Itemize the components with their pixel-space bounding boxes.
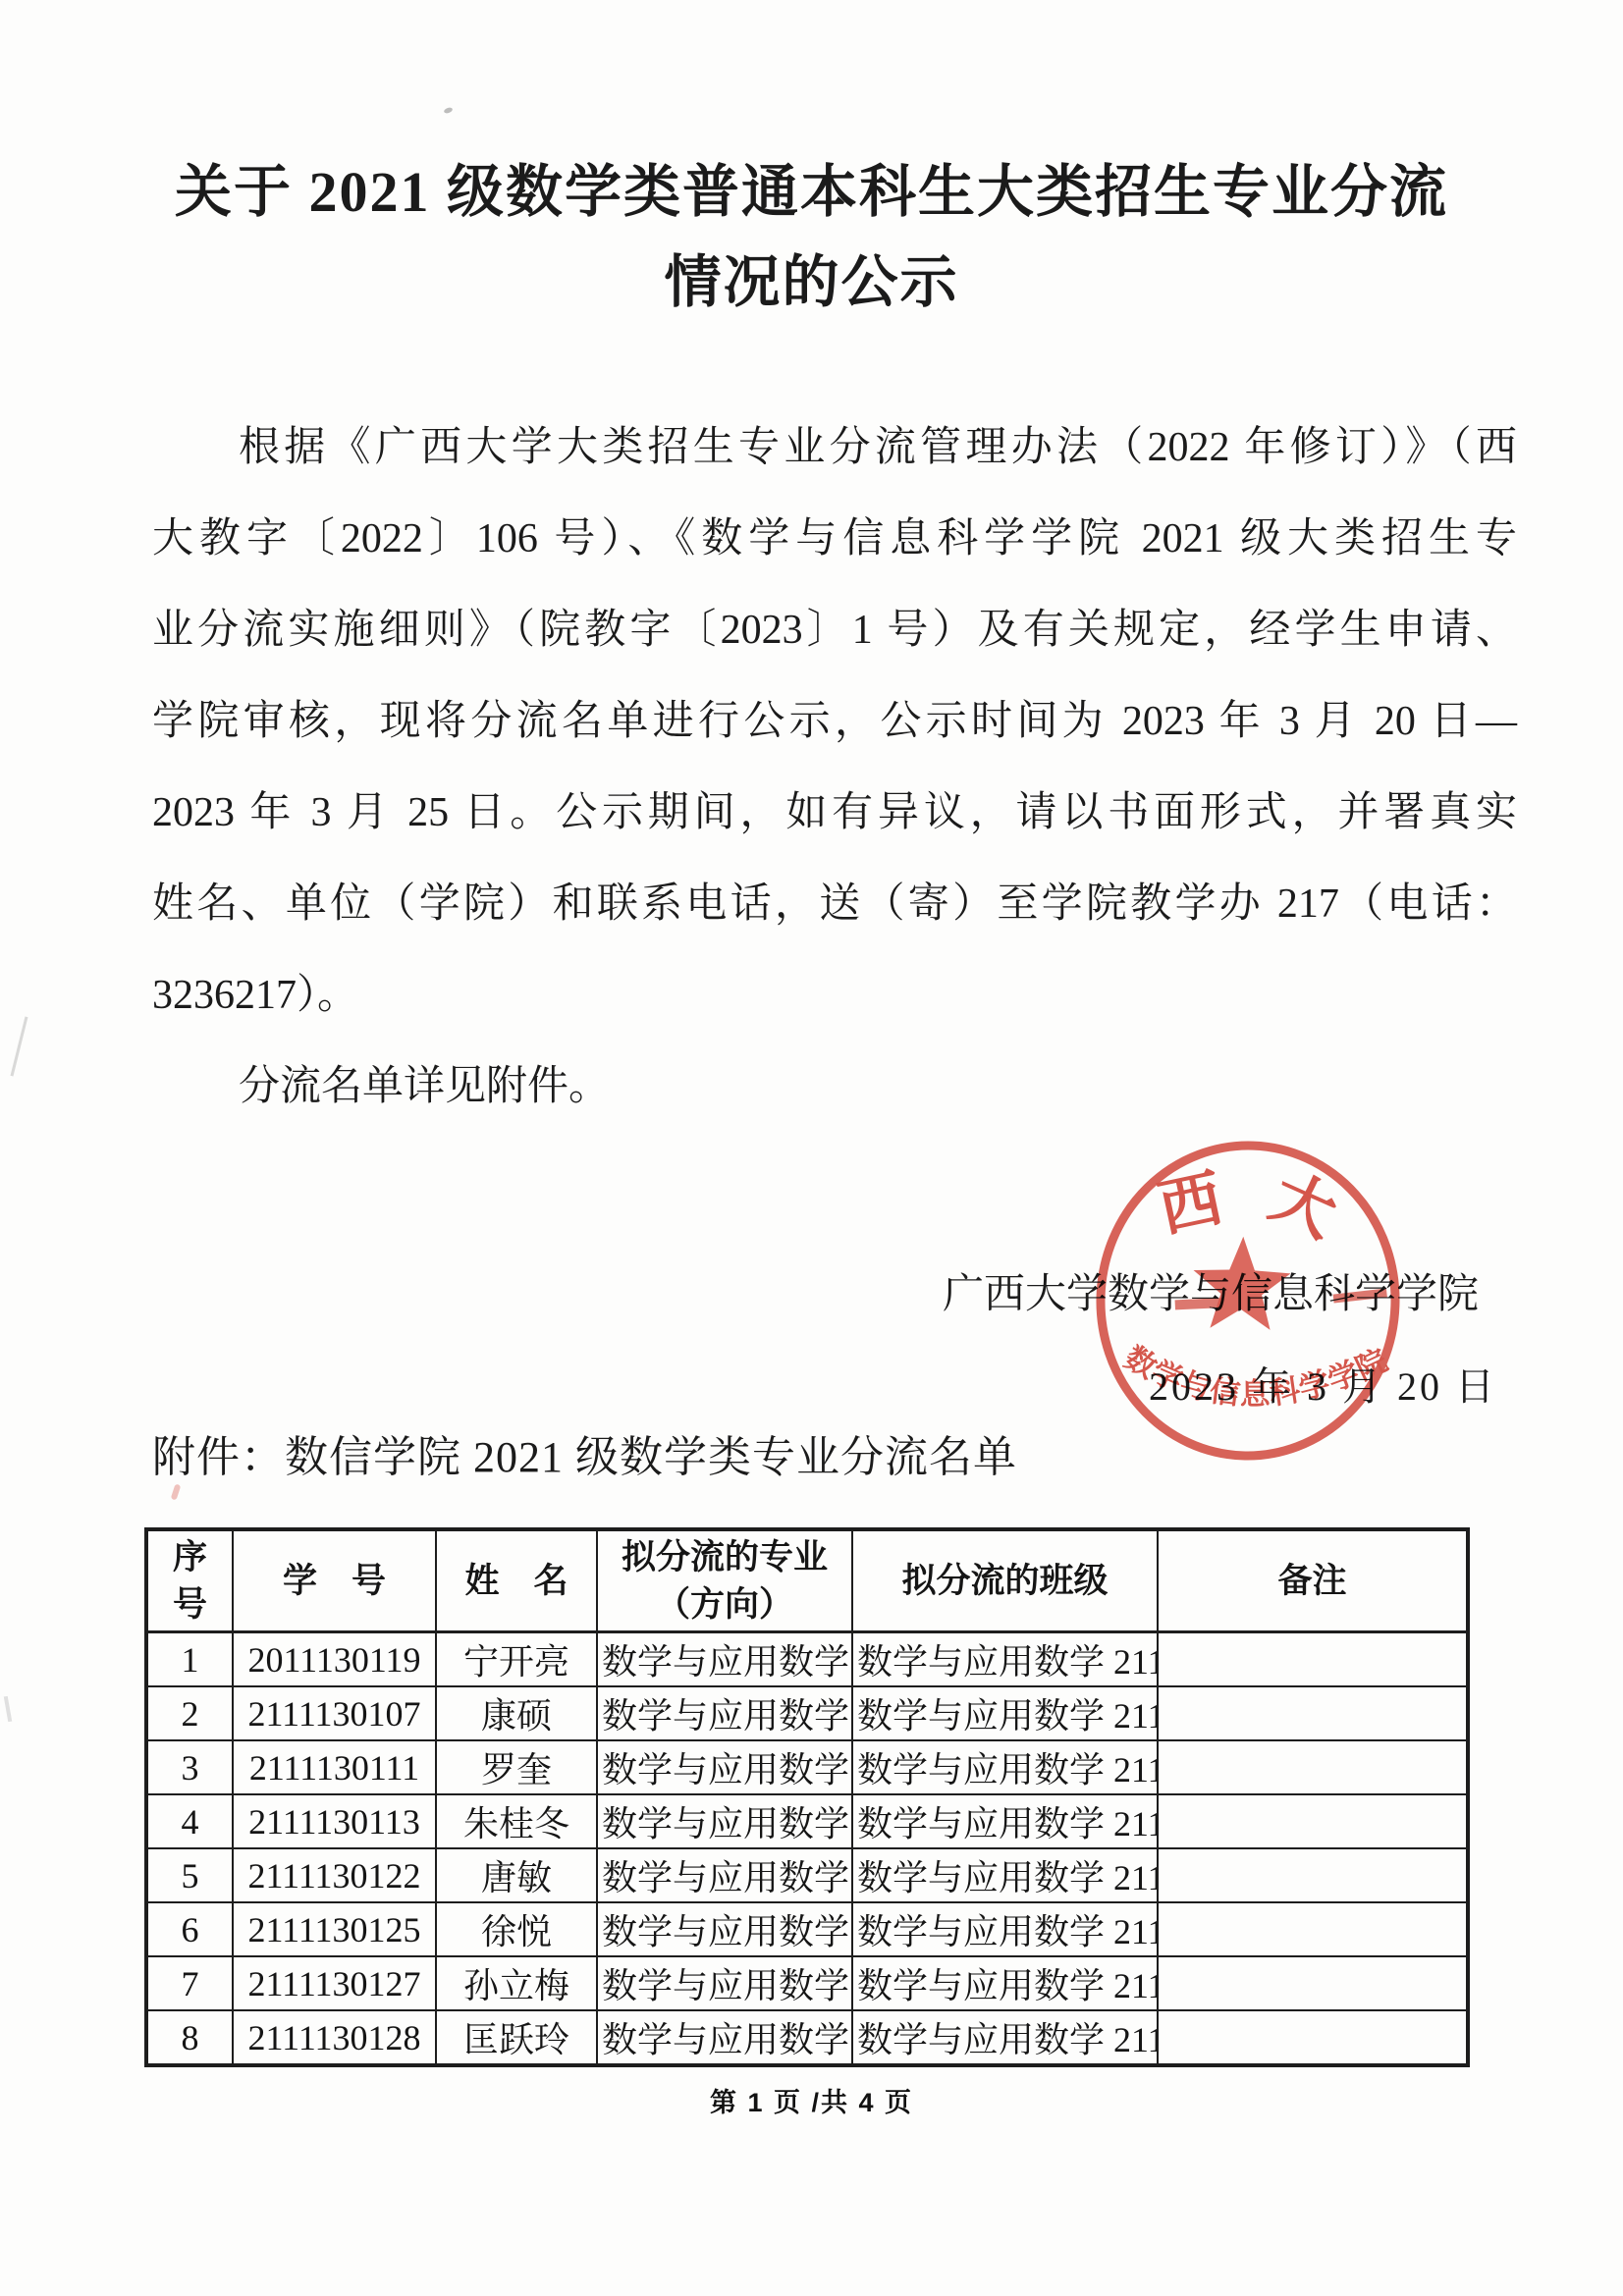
- body-line: 学院审核，现将分流名单进行公示，公示时间为 2023 年 3 月 20 日—: [152, 676, 1517, 768]
- table-row: 22111130107康硕数学与应用数学数学与应用数学 211 班: [146, 1686, 1468, 1740]
- body-line: 分流名单详见附件。: [152, 1041, 1517, 1133]
- header-name: 姓 名: [436, 1529, 597, 1632]
- cell-index: 3: [146, 1740, 233, 1794]
- cell-student-id: 2111130128: [233, 2010, 436, 2065]
- title-line-2: 情况的公示: [0, 238, 1623, 328]
- body-line: 姓名、单位（学院）和联系电话，送（寄）至学院教学办 217（电话：: [152, 859, 1517, 950]
- cell-major: 数学与应用数学: [597, 2010, 852, 2065]
- page-indicator: 第 1 页 /共 4 页: [0, 2081, 1623, 2119]
- body-line: 2023 年 3 月 25 日。公示期间，如有异议，请以书面形式，并署真实: [152, 768, 1517, 859]
- cell-student-id: 2111130122: [233, 1848, 436, 1902]
- cell-index: 2: [146, 1686, 233, 1740]
- cell-index: 1: [146, 1632, 233, 1687]
- cell-student-id: 2111130127: [233, 1956, 436, 2010]
- cell-index: 4: [146, 1794, 233, 1848]
- cell-class: 数学与应用数学 211 班: [852, 2010, 1158, 2065]
- table-row: 72111130127孙立梅数学与应用数学数学与应用数学 211 班: [146, 1956, 1468, 2010]
- body-line: 根据《广西大学大类招生专业分流管理办法（2022 年修订）》（西: [152, 402, 1517, 494]
- title-line-1: 关于 2021 级数学类普通本科生大类招生专业分流: [0, 147, 1623, 238]
- cell-major: 数学与应用数学: [597, 1902, 852, 1956]
- signature-date: 2023 年 3 月 20 日: [0, 1341, 1623, 1433]
- cell-name: 唐敏: [436, 1848, 597, 1902]
- cell-major: 数学与应用数学: [597, 1794, 852, 1848]
- cell-remark: [1158, 1902, 1468, 1956]
- cell-index: 6: [146, 1902, 233, 1956]
- table-header-row: 序 号学 号姓 名拟分流的专业 （方向）拟分流的班级备注: [146, 1529, 1468, 1632]
- cell-student-id: 2011130119: [233, 1632, 436, 1687]
- header-remark: 备注: [1158, 1529, 1468, 1632]
- cell-class: 数学与应用数学 211 班: [852, 1740, 1158, 1794]
- header-index: 序 号: [146, 1529, 233, 1632]
- scan-artifact: [4, 1696, 12, 1722]
- table-body: 12011130119宁开亮数学与应用数学数学与应用数学 211 班221111…: [146, 1632, 1468, 2066]
- cell-remark: [1158, 2010, 1468, 2065]
- body-text: 根据《广西大学大类招生专业分流管理办法（2022 年修订）》（西大教字〔2022…: [152, 402, 1517, 1133]
- signature-organization: 广西大学数学与信息科学学院: [0, 1249, 1623, 1341]
- table-row: 52111130122唐敏数学与应用数学数学与应用数学 211 班: [146, 1848, 1468, 1902]
- cell-class: 数学与应用数学 211 班: [852, 1848, 1158, 1902]
- cell-major: 数学与应用数学: [597, 1848, 852, 1902]
- cell-name: 孙立梅: [436, 1956, 597, 2010]
- body-line: 业分流实施细则》（院教字〔2023〕1 号）及有关规定，经学生申请、: [152, 585, 1517, 676]
- cell-name: 匡跃玲: [436, 2010, 597, 2065]
- cell-remark: [1158, 1632, 1468, 1687]
- seal-char-right: 大: [1261, 1161, 1346, 1251]
- cell-student-id: 2111130113: [233, 1794, 436, 1848]
- table-row: 62111130125徐悦数学与应用数学数学与应用数学 211 班: [146, 1902, 1468, 1956]
- cell-class: 数学与应用数学 211 班: [852, 1794, 1158, 1848]
- header-major: 拟分流的专业 （方向）: [597, 1529, 852, 1632]
- cell-student-id: 2111130111: [233, 1740, 436, 1794]
- scan-artifact: [171, 1483, 182, 1500]
- document-page: 关于 2021 级数学类普通本科生大类招生专业分流 情况的公示 根据《广西大学大…: [0, 0, 1623, 2296]
- table-row: 32111130111罗奎数学与应用数学数学与应用数学 211 班: [146, 1740, 1468, 1794]
- cell-index: 5: [146, 1848, 233, 1902]
- cell-class: 数学与应用数学 211 班: [852, 1632, 1158, 1687]
- cell-index: 7: [146, 1956, 233, 2010]
- cell-major: 数学与应用数学: [597, 1740, 852, 1794]
- roster-table: 序 号学 号姓 名拟分流的专业 （方向）拟分流的班级备注 12011130119…: [144, 1527, 1470, 2067]
- scan-artifact: [443, 107, 453, 115]
- cell-remark: [1158, 1686, 1468, 1740]
- cell-name: 徐悦: [436, 1902, 597, 1956]
- table-row: 82111130128匡跃玲数学与应用数学数学与应用数学 211 班: [146, 2010, 1468, 2065]
- cell-student-id: 2111130107: [233, 1686, 436, 1740]
- document-title: 关于 2021 级数学类普通本科生大类招生专业分流 情况的公示: [0, 147, 1623, 328]
- table-row: 42111130113朱桂冬数学与应用数学数学与应用数学 211 班: [146, 1794, 1468, 1848]
- attachment-heading: 附件：数信学院 2021 级数学类专业分流名单: [152, 1421, 1017, 1484]
- cell-name: 朱桂冬: [436, 1794, 597, 1848]
- cell-remark: [1158, 1956, 1468, 2010]
- cell-class: 数学与应用数学 211 班: [852, 1686, 1158, 1740]
- seal-char-left: 西: [1153, 1163, 1228, 1245]
- cell-index: 8: [146, 2010, 233, 2065]
- cell-class: 数学与应用数学 211 班: [852, 1902, 1158, 1956]
- header-student-id: 学 号: [233, 1529, 436, 1632]
- signature-block: 广西大学数学与信息科学学院 2023 年 3 月 20 日: [0, 1249, 1623, 1433]
- cell-major: 数学与应用数学: [597, 1686, 852, 1740]
- cell-remark: [1158, 1794, 1468, 1848]
- table-row: 12011130119宁开亮数学与应用数学数学与应用数学 211 班: [146, 1632, 1468, 1687]
- cell-name: 康硕: [436, 1686, 597, 1740]
- scan-artifact: [11, 1017, 28, 1077]
- cell-name: 罗奎: [436, 1740, 597, 1794]
- cell-major: 数学与应用数学: [597, 1956, 852, 2010]
- cell-remark: [1158, 1848, 1468, 1902]
- cell-class: 数学与应用数学 211 班: [852, 1956, 1158, 2010]
- cell-name: 宁开亮: [436, 1632, 597, 1687]
- cell-student-id: 2111130125: [233, 1902, 436, 1956]
- cell-remark: [1158, 1740, 1468, 1794]
- cell-major: 数学与应用数学: [597, 1632, 852, 1687]
- body-line: 大教字〔2022〕106 号）、《数学与信息科学学院 2021 级大类招生专: [152, 494, 1517, 585]
- body-line: 3236217）。: [152, 950, 1517, 1041]
- header-class: 拟分流的班级: [852, 1529, 1158, 1632]
